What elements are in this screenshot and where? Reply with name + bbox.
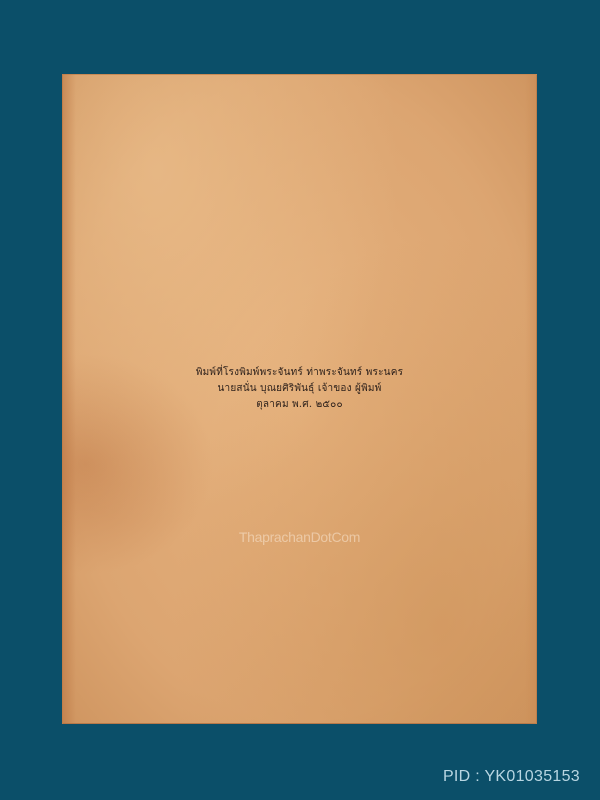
printer-imprint: พิมพ์ที่โรงพิมพ์พระจันทร์ ท่าพระจันทร์ พ… <box>62 365 537 413</box>
imprint-line-printer: พิมพ์ที่โรงพิมพ์พระจันทร์ ท่าพระจันทร์ พ… <box>62 365 537 381</box>
book-back-cover: พิมพ์ที่โรงพิมพ์พระจันทร์ ท่าพระจันทร์ พ… <box>62 74 537 724</box>
imprint-line-owner: นายสนั่น บุณยศิริพันธุ์ เจ้าของ ผู้พิมพ์ <box>62 381 537 397</box>
watermark: ThaprachanDotCom <box>62 529 537 545</box>
product-id-label: PID : YK01035153 <box>443 768 580 786</box>
imprint-line-date: ตุลาคม พ.ศ. ๒๕๐๐ <box>62 397 537 413</box>
